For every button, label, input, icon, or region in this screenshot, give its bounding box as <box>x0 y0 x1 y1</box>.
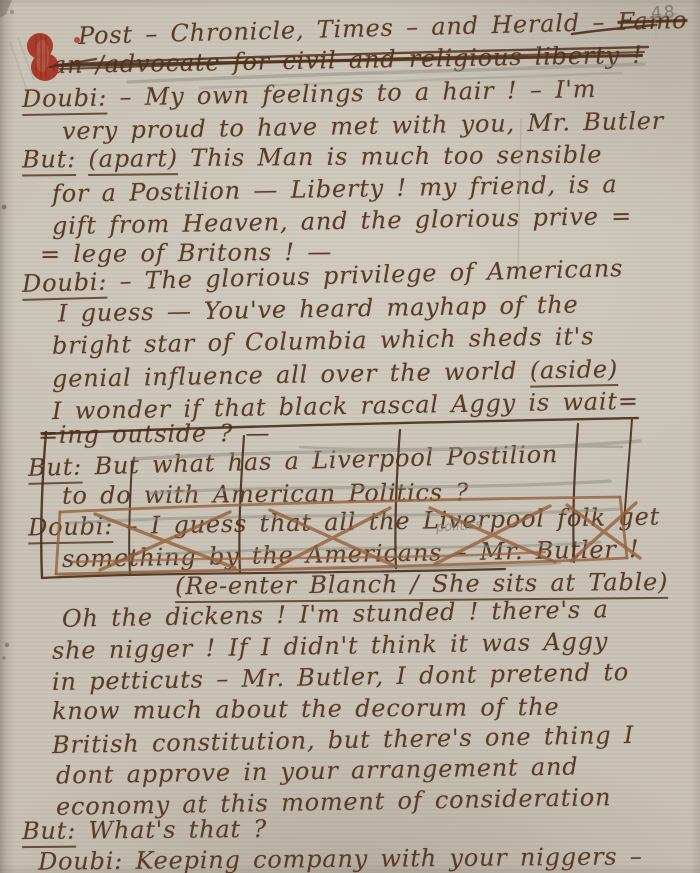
manuscript-line-5: But: (apart) This Man is much too sensib… <box>22 140 603 173</box>
text-segment: something by the Americans – Mr. Butler … <box>62 535 640 573</box>
manuscript-line-7: gift from Heaven, and the glorious prive… <box>52 202 633 240</box>
manuscript-line-18: something by the Americans – Mr. Butler … <box>62 535 640 573</box>
text-segment: =ing outside ? — <box>38 419 271 449</box>
text-segment: This Man is much too sensible <box>178 140 603 172</box>
text-segment: gift from Heaven, and the glorious prive… <box>52 202 633 240</box>
manuscript-page: 48 Post – Chronicle, Times – and Herald … <box>0 0 700 873</box>
text-segment: I guess — You've heard mayhap of the <box>58 290 579 327</box>
manuscript-line-3: Doubi: – My own feelings to a hair ! – I… <box>22 75 597 113</box>
manuscript-line-6: for a Postilion — Liberty ! my friend, i… <box>52 170 618 208</box>
manuscript-line-11: bright star of Columbia which sheds it's <box>52 322 595 359</box>
manuscript-line-16: to do with American Politics ? <box>62 478 469 510</box>
speaker-label: Doubi: <box>22 268 108 301</box>
text-segment: to do with American Politics ? <box>62 478 469 510</box>
text-segment: genial influence all over the world <box>52 357 530 393</box>
pencil-annotation: politics <box>436 517 483 535</box>
text-segment: for a Postilion — Liberty ! my friend, i… <box>52 170 618 208</box>
text-segment: (aside) <box>530 355 619 388</box>
manuscript-line-28: Doubi: Keeping company with your niggers… <box>38 842 643 873</box>
speaker-label: Doubi: <box>38 847 123 873</box>
manuscript-line-14: =ing outside ? — <box>38 419 271 449</box>
manuscript-line-10: I guess — You've heard mayhap of the <box>58 290 579 327</box>
manuscript-line-22: in petticuts – Mr. Butler, I dont preten… <box>52 658 629 696</box>
manuscript-line-23: know much about the decorum of the <box>52 693 560 725</box>
manuscript-line-12: genial influence all over the world (asi… <box>52 355 618 393</box>
text-segment: Keeping company with your niggers – <box>123 842 643 873</box>
text-segment: bright star of Columbia which sheds it's <box>52 322 595 359</box>
text-segment: Oh the dickens ! I'm stunded ! there's a <box>62 595 609 633</box>
text-segment: very proud to have met with you, Mr. But… <box>62 107 665 146</box>
manuscript-line-25: dont approve in your arrangement and <box>56 752 579 789</box>
speaker-label: But: <box>22 145 76 176</box>
manuscript-line-4: very proud to have met with you, Mr. But… <box>62 107 665 146</box>
text-segment: – My own feelings to a hair ! – I'm <box>107 75 597 112</box>
text-segment: in petticuts – Mr. Butler, I dont preten… <box>52 658 629 696</box>
manuscript-line-20: Oh the dickens ! I'm stunded ! there's a <box>62 595 609 633</box>
text-segment: (apart) <box>88 144 178 176</box>
speaker-label: But: <box>28 453 83 485</box>
speaker-label: Doubi: <box>22 84 108 116</box>
text-segment <box>76 145 89 173</box>
text-segment: What's that ? <box>76 815 267 845</box>
text-segment: Famo <box>617 6 687 36</box>
speaker-label: Doubi: <box>28 512 114 544</box>
manuscript-line-27: But: What's that ? <box>22 815 267 845</box>
text-segment: dont approve in your arrangement and <box>56 752 579 789</box>
speaker-label: But: <box>22 817 76 848</box>
text-segment: know much about the decorum of the <box>52 693 560 725</box>
